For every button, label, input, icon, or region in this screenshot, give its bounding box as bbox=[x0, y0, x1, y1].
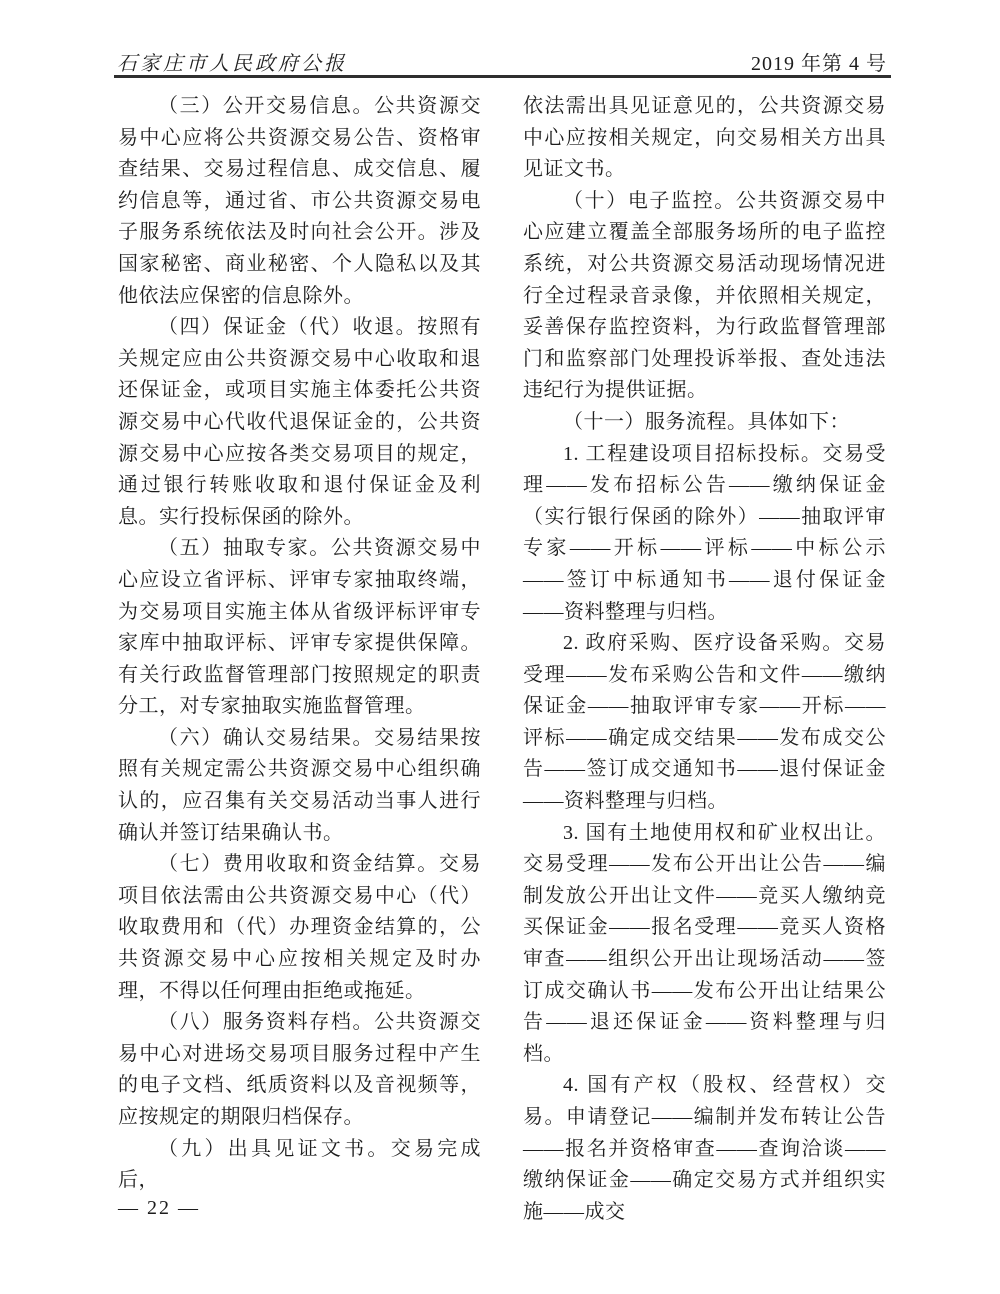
paragraph: （八）服务资料存档。公共资源交易中心对进场交易项目服务过程中产生的电子文档、纸质… bbox=[118, 1007, 481, 1133]
paragraph: （四）保证金（代）收退。按照有关规定应由公共资源交易中心收取和退还保证金，或项目… bbox=[118, 312, 481, 533]
paragraph: （五）抽取专家。公共资源交易中心应设立省评标、评审专家抽取终端，为交易项目实施主… bbox=[118, 533, 481, 723]
paragraph: （七）费用收取和资金结算。交易项目依法需由公共资源交易中心（代）收取费用和（代）… bbox=[118, 849, 481, 1007]
issue-label: 2019 年第 4 号 bbox=[751, 47, 887, 76]
body-columns: （三）公开交易信息。公共资源交易中心应将公共资源交易公告、资格审查结果、交易过程… bbox=[118, 91, 886, 1228]
paragraph: （六）确认交易结果。交易结果按照有关规定需公共资源交易中心组织确认的，应召集有关… bbox=[118, 723, 481, 849]
left-column: （三）公开交易信息。公共资源交易中心应将公共资源交易公告、资格审查结果、交易过程… bbox=[118, 91, 481, 1228]
paragraph: 4. 国有产权（股权、经营权）交易。申请登记——编制并发布转让公告——报名并资格… bbox=[523, 1070, 886, 1228]
paragraph: （十一）服务流程。具体如下： bbox=[523, 407, 886, 439]
publication-title: 石家庄市人民政府公报 bbox=[117, 47, 347, 76]
paragraph: （三）公开交易信息。公共资源交易中心应将公共资源交易公告、资格审查结果、交易过程… bbox=[118, 91, 481, 312]
paragraph: （九）出具见证文书。交易完成后， bbox=[118, 1134, 481, 1197]
gazette-page: 石家庄市人民政府公报 2019 年第 4 号 （三）公开交易信息。公共资源交易中… bbox=[0, 0, 1000, 1294]
paragraph: 依法需出具见证意见的，公共资源交易中心应按相关规定，向交易相关方出具见证文书。 bbox=[523, 91, 886, 186]
paragraph: 1. 工程建设项目招标投标。交易受理——发布招标公告——缴纳保证金（实行银行保函… bbox=[523, 439, 886, 629]
paragraph: 2. 政府采购、医疗设备采购。交易受理——发布采购公告和文件——缴纳保证金——抽… bbox=[523, 628, 886, 818]
right-column: 依法需出具见证意见的，公共资源交易中心应按相关规定，向交易相关方出具见证文书。（… bbox=[523, 91, 886, 1228]
header-rule bbox=[114, 75, 891, 78]
page-number: — 22 — bbox=[118, 1197, 200, 1220]
paragraph: 3. 国有土地使用权和矿业权出让。交易受理——发布公开出让公告——编制发放公开出… bbox=[523, 818, 886, 1071]
paragraph: （十）电子监控。公共资源交易中心应建立覆盖全部服务场所的电子监控系统，对公共资源… bbox=[523, 186, 886, 407]
